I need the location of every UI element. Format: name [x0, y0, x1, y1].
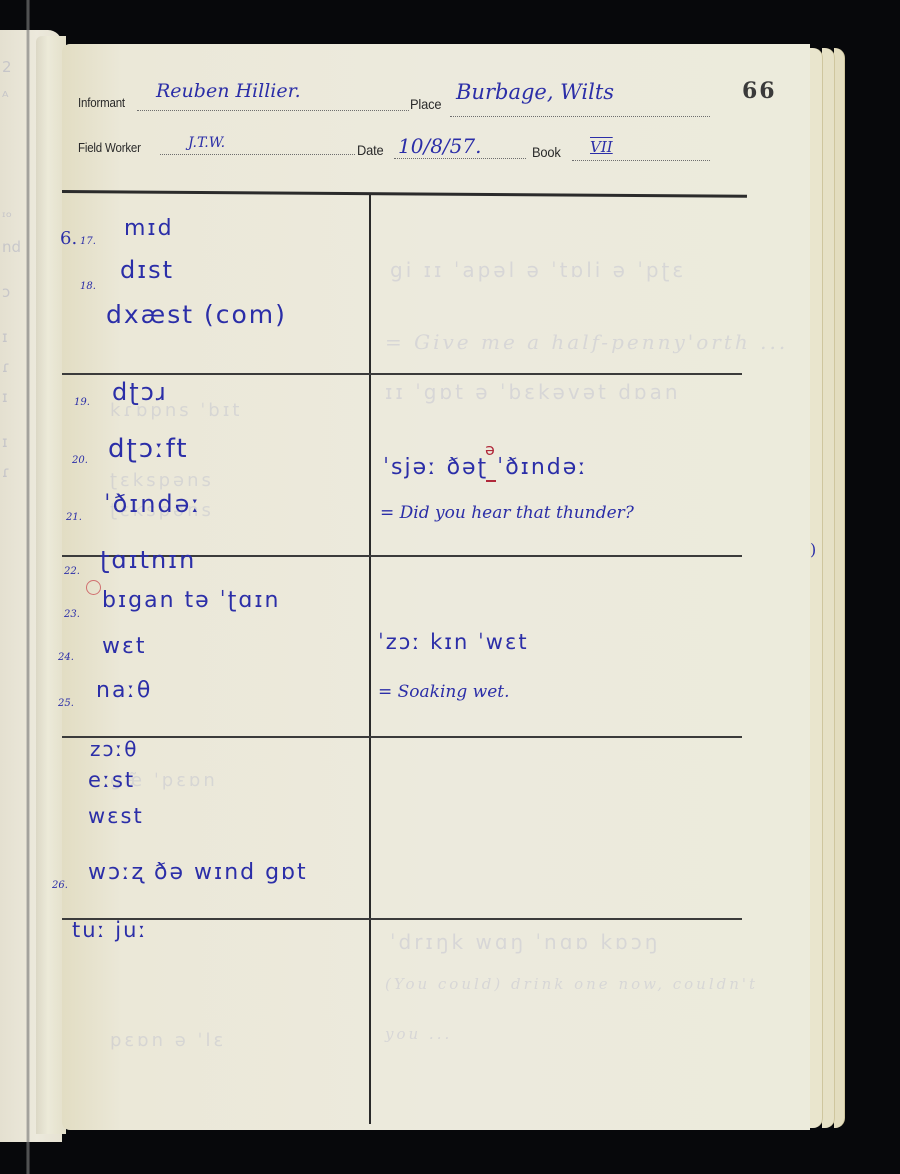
section-rule [62, 736, 742, 738]
item-number: 19. [74, 397, 90, 408]
page-stack-edge [822, 48, 835, 1128]
phonetic-entry: wɛst [88, 804, 144, 828]
item-number: 26. [52, 880, 68, 891]
section-rule [62, 918, 742, 920]
date-label: Date [357, 142, 383, 158]
bleed-through-text: you ... [385, 1025, 452, 1043]
field-worker-value: J.T.W. [188, 135, 225, 151]
bleed-through-text: ʈɛkspəns [110, 470, 214, 491]
informant-label: Informant [78, 96, 125, 110]
date-dotted-line [394, 158, 526, 159]
section-number: 6. [60, 228, 77, 249]
phonetic-entry: ˈðɪndəː [104, 490, 202, 518]
item-number: 20. [72, 455, 88, 466]
phonetic-entry: dʈɔɹ [112, 378, 168, 406]
left-page-bleed-text: 2ᴬᶦᵒndɔɪɾɪɪɾ [2, 60, 28, 480]
bleed-through-text: ˈdrɪŋk wɑŋ ˈnɑɒ kɒɔŋ [390, 930, 660, 954]
book-dotted-line [572, 160, 710, 161]
bleed-through-text: (You could) drink one now, couldn't [385, 975, 758, 993]
bleed-through-text: = Give me a half-penny'orth ... [385, 330, 788, 354]
phonetic-entry: zɔːθ [90, 737, 138, 761]
item-number: 18. [80, 281, 96, 292]
phonetic-entry: dɪst [120, 256, 174, 284]
informant-dotted-line [137, 110, 409, 111]
book-value: VII [590, 138, 613, 156]
informant-value: Reuben Hillier. [156, 80, 301, 102]
item-number: 25. [58, 698, 74, 709]
section-rule [62, 373, 742, 375]
translation-note: = Did you hear that thunder? [380, 503, 634, 523]
place-label: Place [410, 96, 441, 112]
red-underline [486, 480, 496, 482]
phonetic-note: ˈzɔː kɪn ˈwɛt [378, 630, 529, 654]
page-stack-edge [834, 48, 845, 1128]
circled-annotation [86, 580, 101, 595]
phonetic-entry: dʈɔːft [108, 434, 189, 464]
phonetic-entry: wɔːʐ ðə wɪnd gɒt [88, 860, 308, 885]
column-divider [369, 194, 371, 1124]
notebook-page [62, 44, 810, 1130]
field-worker-label: Field Worker [78, 141, 141, 155]
item-number: 23. [64, 609, 80, 620]
item-number: 22. [64, 566, 80, 577]
glass-plate-edge [26, 0, 30, 1174]
phonetic-entry: naːθ [96, 678, 152, 703]
date-value: 10/8/57. [398, 134, 481, 158]
phonetic-entry: bɪgan tə ˈʈɑɪn [102, 588, 280, 613]
bleed-through-text: pɛɒn ə ˈlɛ [110, 1030, 226, 1051]
translation-note: = Soaking wet. [378, 682, 509, 702]
phonetic-note: ˈsjəː ðəʈ ˈðɪndəː [383, 455, 588, 480]
place-value: Burbage, Wilts [456, 80, 614, 104]
item-number: 21. [66, 512, 82, 523]
phonetic-entry: ʈɑɪtnɪn [100, 546, 196, 574]
page-number: 66 [742, 78, 777, 104]
phonetic-entry: mɪd [124, 216, 174, 241]
item-number: 24. [58, 652, 74, 663]
phonetic-entry: wɛt [102, 634, 147, 659]
bleed-through-text: ɪɪ ˈgɒt ə ˈbɛkəvət dɒan [385, 380, 681, 404]
page-stack-edge [808, 48, 823, 1128]
place-dotted-line [450, 116, 710, 117]
phonetic-entry: eːst [88, 768, 135, 792]
item-number: 17. [80, 236, 96, 247]
phonetic-entry: dxæst (com) [106, 300, 287, 329]
margin-mark: ) [810, 540, 816, 559]
bleed-through-text: gi ɪɪ ˈapəl ə ˈtɒli ə ˈpʈɛ [390, 258, 686, 282]
phonetic-entry: tuː juː [72, 918, 148, 942]
field-worker-dotted-line [160, 154, 355, 155]
book-label: Book [532, 144, 561, 160]
